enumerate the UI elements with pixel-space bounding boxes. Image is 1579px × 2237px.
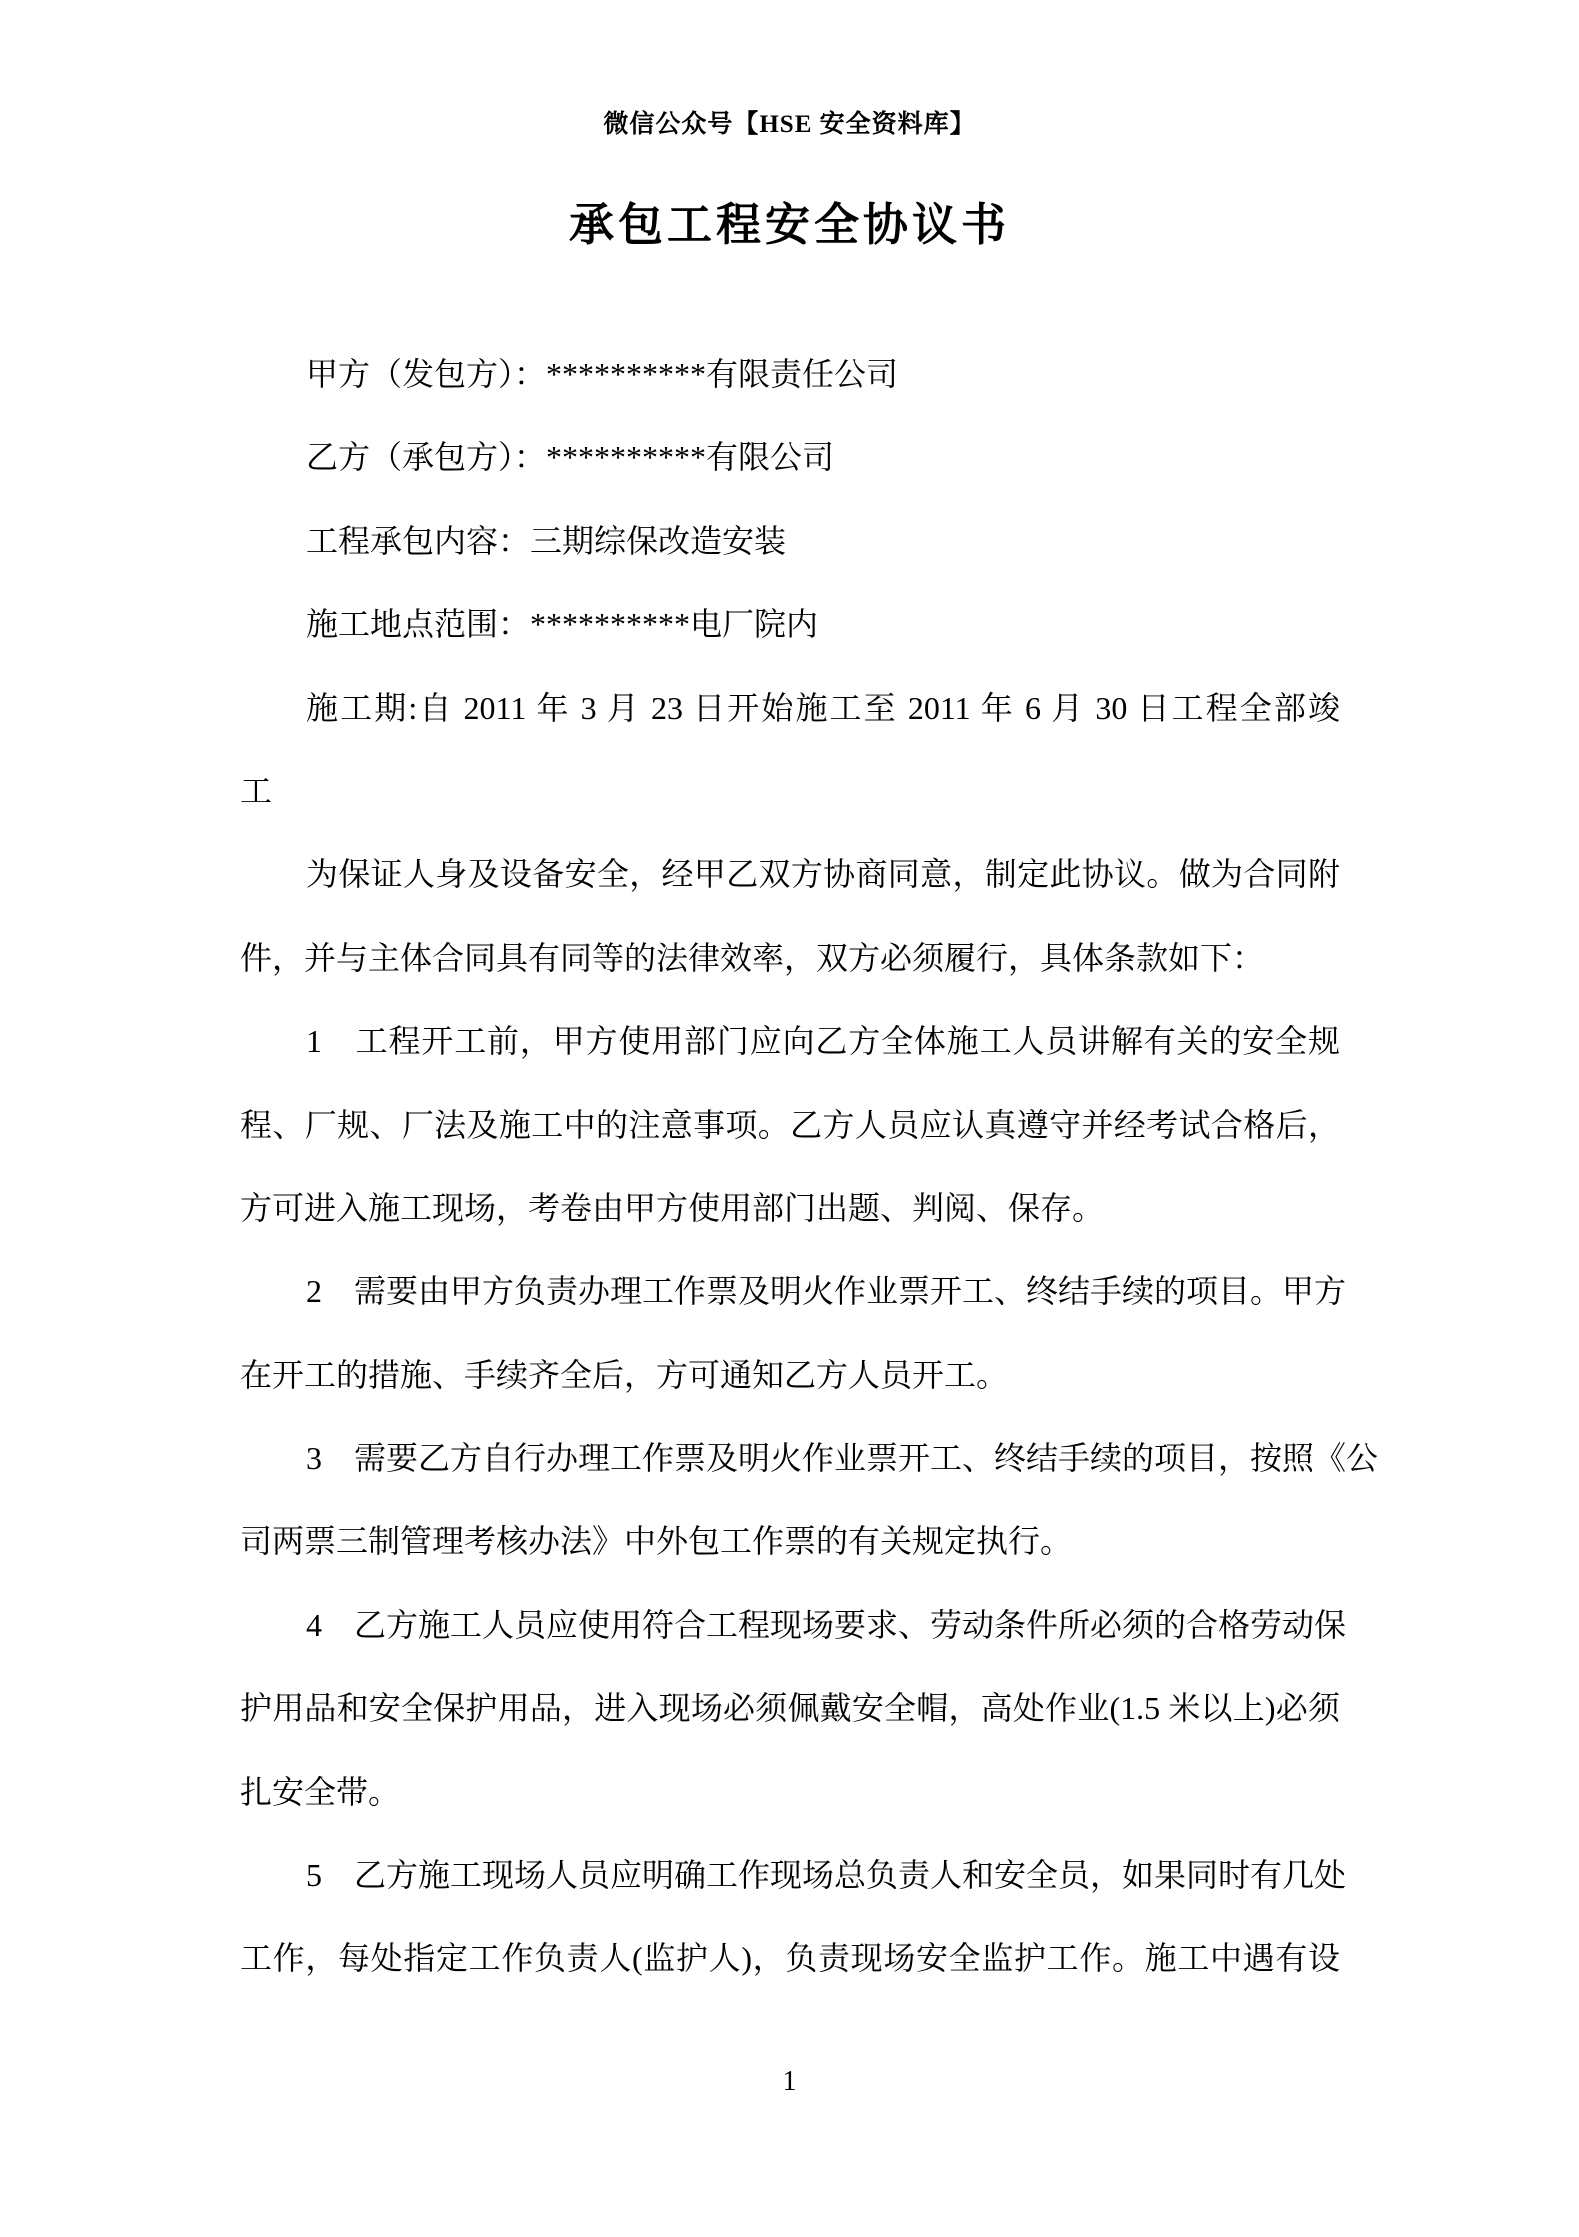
preamble-line-1: 为保证人身及设备安全，经甲乙双方协商同意，制定此协议。做为合同附 xyxy=(240,833,1340,916)
clause2-line-1: 2 需要由甲方负责办理工作票及明火作业票开工、终结手续的项目。甲方 xyxy=(240,1250,1340,1333)
clause4-line-2: 护用品和安全保护用品，进入现场必须佩戴安全帽，高处作业(1.5 米以上)必须 xyxy=(240,1667,1340,1750)
wechat-account-header: 微信公众号【HSE 安全资料库】 xyxy=(0,104,1579,140)
clause3-line-1: 3 需要乙方自行办理工作票及明火作业票开工、终结手续的项目，按照《公 xyxy=(240,1417,1340,1500)
clause4-line-1: 4 乙方施工人员应使用符合工程现场要求、劳动条件所必须的合格劳动保 xyxy=(240,1584,1340,1667)
document-body: 甲方（发包方）：**********有限责任公司 乙方（承包方）：*******… xyxy=(240,333,1340,2001)
clause3-line-2: 司两票三制管理考核办法》中外包工作票的有关规定执行。 xyxy=(240,1500,1340,1583)
party-a-line: 甲方（发包方）：**********有限责任公司 xyxy=(240,333,1340,416)
preamble-line-2: 件，并与主体合同具有同等的法律效率，双方必须履行，具体条款如下： xyxy=(240,917,1340,1000)
page-number: 1 xyxy=(0,2066,1579,2098)
document-page: 微信公众号【HSE 安全资料库】 承包工程安全协议书 甲方（发包方）：*****… xyxy=(0,0,1579,2237)
party-b-line: 乙方（承包方）：**********有限公司 xyxy=(240,416,1340,499)
clause5-line-1: 5 乙方施工现场人员应明确工作现场总负责人和安全员，如果同时有几处 xyxy=(240,1834,1340,1917)
contract-scope-line: 工程承包内容：三期综保改造安装 xyxy=(240,500,1340,583)
clause1-line-3: 方可进入施工现场，考卷由甲方使用部门出题、判阅、保存。 xyxy=(240,1167,1340,1250)
site-scope-line: 施工地点范围：**********电厂院内 xyxy=(240,583,1340,666)
clause5-line-2: 工作，每处指定工作负责人(监护人)，负责现场安全监护工作。施工中遇有设 xyxy=(240,1917,1340,2000)
clause1-line-2: 程、厂规、厂法及施工中的注意事项。乙方人员应认真遵守并经考试合格后， xyxy=(240,1084,1340,1167)
construction-period-line-1: 施工期:自 2011 年 3 月 23 日开始施工至 2011 年 6 月 30… xyxy=(240,667,1340,750)
clause4-line-3: 扎安全带。 xyxy=(240,1751,1340,1834)
clause1-line-1: 1 工程开工前，甲方使用部门应向乙方全体施工人员讲解有关的安全规 xyxy=(240,1000,1340,1083)
page-title: 承包工程安全协议书 xyxy=(0,188,1579,253)
construction-period-line-2: 工 xyxy=(240,750,1340,833)
clause2-line-2: 在开工的措施、手续齐全后，方可通知乙方人员开工。 xyxy=(240,1334,1340,1417)
